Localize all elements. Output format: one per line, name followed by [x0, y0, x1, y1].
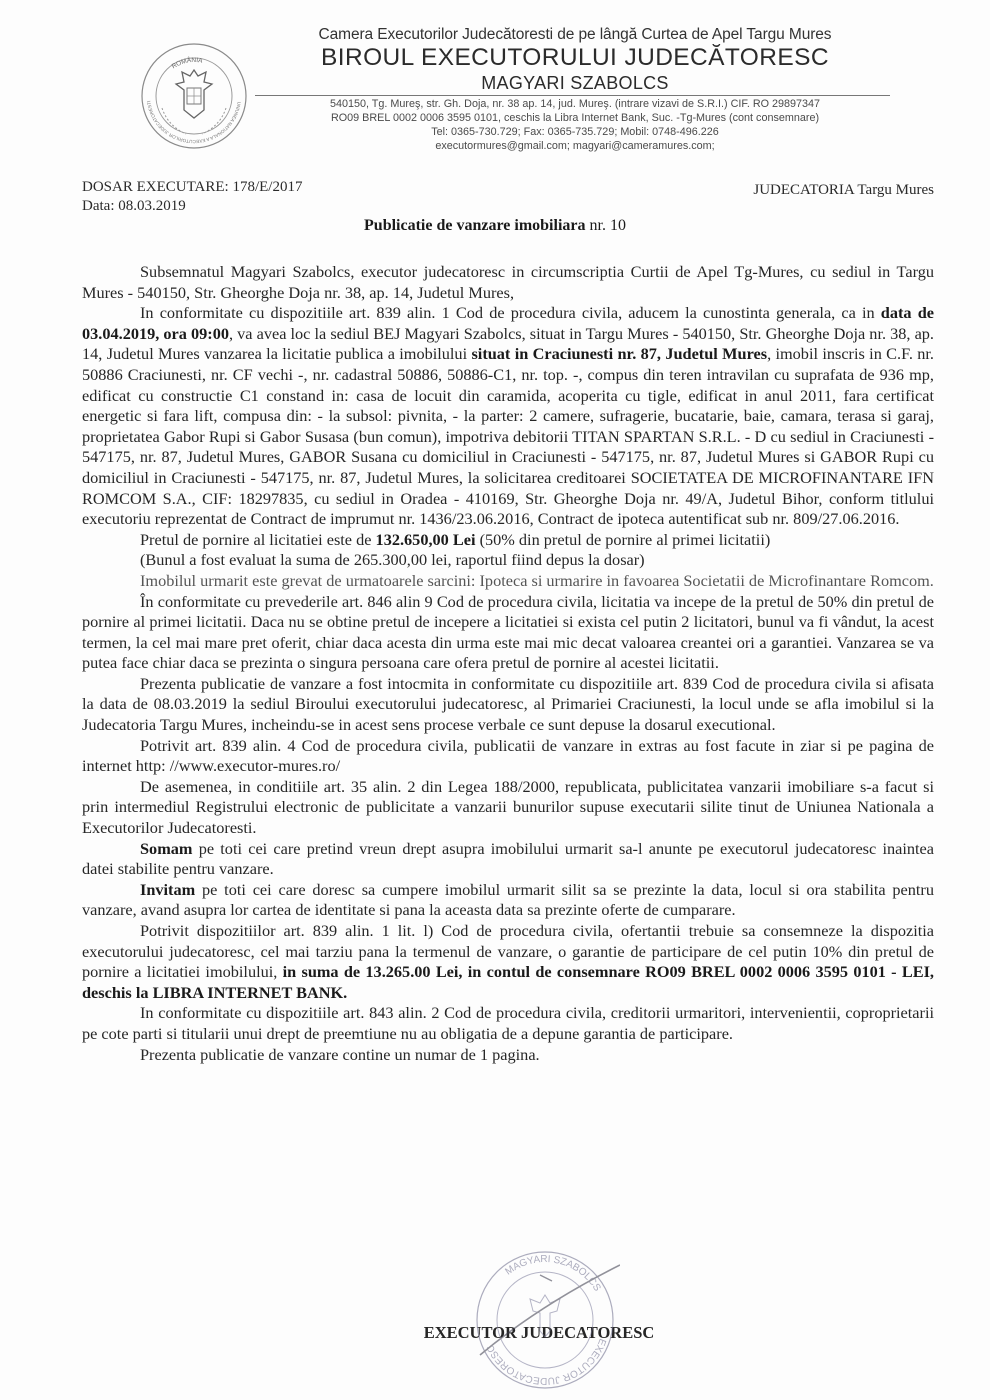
court-name: JUDECATORIA Targu Mures: [753, 182, 934, 199]
text: In conformitate cu dispozitiile art. 839…: [140, 303, 881, 322]
paragraph-starting-price: Pretul de pornire al licitatiei este de …: [82, 530, 934, 551]
paragraph-encumbrances: Imobilul urmarit este grevat de urmatoar…: [82, 571, 934, 592]
document-body: Subsemnatul Magyari Szabolcs, executor j…: [82, 262, 934, 1065]
bailiff-stamp-icon: EXECUTOR JUDECATORESC MAGYARI SZABOLCS: [470, 1245, 620, 1395]
document-title: Publicatie de vanzare imobiliara nr. 10: [0, 217, 990, 235]
letterhead-divider: [255, 95, 890, 96]
letterhead-bailiff-name: MAGYARI SZABOLCS: [265, 73, 885, 94]
letterhead-phone: Tel: 0365-730.729; Fax: 0365-735.729; Mo…: [250, 126, 900, 138]
paragraph-publication: Potrivit art. 839 alin. 4 Cod de procedu…: [82, 736, 934, 777]
text: pe toti cei care pretind vreun drept asu…: [82, 839, 934, 879]
court-city: Targu Mures: [854, 182, 934, 198]
letterhead-bank: RO09 BREL 0002 0006 3595 0101, ceschis l…: [250, 112, 900, 124]
paragraph-posting: Prezenta publicatie de vanzare a fost in…: [82, 674, 934, 736]
paragraph-auction-notice: In conformitate cu dispozitiile art. 839…: [82, 303, 934, 530]
text: Pretul de pornire al licitatiei este de: [140, 530, 376, 549]
title-main: Publicatie de vanzare imobiliara: [364, 217, 585, 234]
letterhead-chamber: Camera Executorilor Judecătoresti de pe …: [275, 26, 875, 44]
paragraph-registry: De asemenea, in conditiile art. 35 alin.…: [82, 777, 934, 839]
text: , imobil inscris in C.F. nr. 50886 Craci…: [82, 344, 934, 528]
court-label: JUDECATORIA: [753, 182, 854, 198]
paragraph-exemptions: In conformitate cu dispozitiile art. 843…: [82, 1003, 934, 1044]
letterhead-office: BIROUL EXECUTORULUI JUDECĂTORESC: [265, 44, 885, 72]
property-location: situat in Craciunesti nr. 87, Judetul Mu…: [471, 344, 767, 363]
paragraph-summons: Somam pe toti cei care pretind vreun dre…: [82, 839, 934, 880]
case-meta: DOSAR EXECUTARE: 178/E/2017 Data: 08.03.…: [82, 178, 302, 216]
starting-price: 132.650,00 Lei: [376, 530, 476, 549]
invitation-keyword: Invitam: [140, 880, 195, 899]
case-number: DOSAR EXECUTARE: 178/E/2017: [82, 178, 302, 197]
letterhead-address: 540150, Tg. Mureş, str. Gh. Doja, nr. 38…: [250, 98, 900, 110]
paragraph-bidding-rules: În conformitate cu prevederile art. 846 …: [82, 592, 934, 674]
summons-keyword: Somam: [140, 839, 192, 858]
text: pe toti cei care doresc sa cumpere imobi…: [82, 880, 934, 920]
paragraph-guarantee: Potrivit dispozitiilor art. 839 alin. 1 …: [82, 921, 934, 1003]
paragraph-page-count: Prezenta publicatie de vanzare contine u…: [82, 1045, 934, 1066]
letterhead-email: executormures@gmail.com; magyari@cameram…: [250, 140, 900, 152]
case-date: Data: 08.03.2019: [82, 197, 302, 216]
svg-text:EXECUTOR JUDECATORESC: EXECUTOR JUDECATORESC: [485, 1337, 608, 1386]
svg-text:MAGYARI SZABOLCS: MAGYARI SZABOLCS: [503, 1254, 602, 1294]
text: (50% din pretul de pornire al primei lic…: [476, 530, 771, 549]
paragraph-valuation: (Bunul a fost evaluat la suma de 265.300…: [82, 550, 934, 571]
svg-text:UNIUNEA NATIONALA A EXECUTORIL: UNIUNEA NATIONALA A EXECUTORILOR JUDECAT…: [146, 100, 241, 144]
title-number: nr. 10: [586, 217, 626, 234]
document-page: ROMÂNIA UNIUNEA NATIONALA A EXECUTORILOR…: [0, 0, 990, 1400]
paragraph-invitation: Invitam pe toti cei care doresc sa cumpe…: [82, 880, 934, 921]
signature-title: EXECUTOR JUDECATORESC: [0, 1323, 990, 1343]
romania-coat-of-arms-seal-icon: ROMÂNIA UNIUNEA NATIONALA A EXECUTORILOR…: [138, 40, 250, 152]
paragraph-intro: Subsemnatul Magyari Szabolcs, executor j…: [82, 262, 934, 303]
